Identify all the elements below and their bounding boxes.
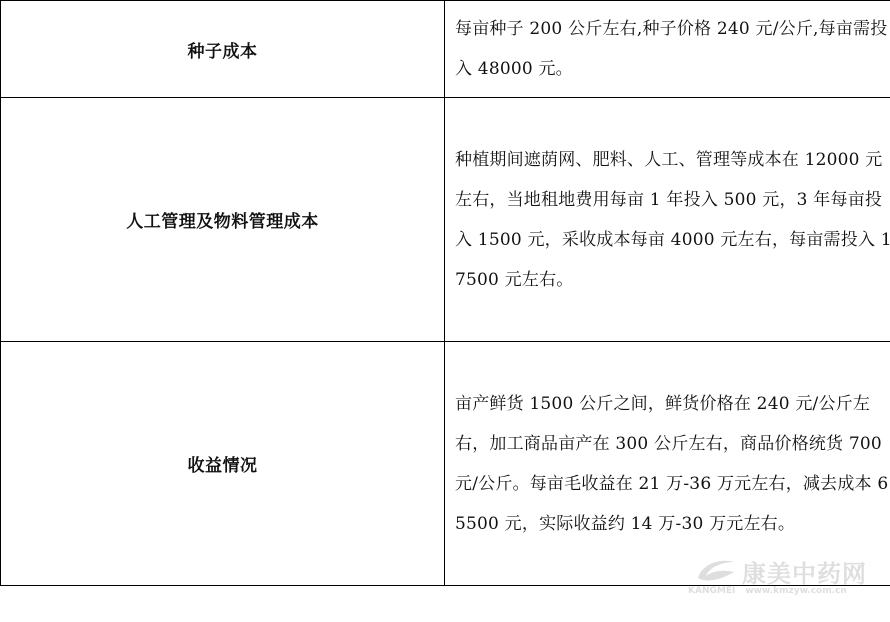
- table-row-revenue: 收益情况 亩产鲜货 1500 公斤之间，鲜货价格在 240 元/公斤左右，加工商…: [1, 342, 890, 586]
- cost-revenue-table: 种子成本 每亩种子 200 公斤左右,种子价格 240 元/公斤,每亩需投入 4…: [0, 0, 890, 586]
- watermark-brand-en: KANGMEI: [688, 586, 735, 596]
- row-label-revenue: 收益情况: [1, 342, 445, 586]
- watermark-footer: KANGMEIwww.kmzyw.com.cn: [688, 586, 847, 596]
- table-row-labor-material-cost: 人工管理及物料管理成本 种植期间遮荫网、肥料、人工、管理等成本在 12000 元…: [1, 98, 890, 342]
- watermark-url: www.kmzyw.com.cn: [745, 586, 846, 596]
- row-value-seed-cost: 每亩种子 200 公斤左右,种子价格 240 元/公斤,每亩需投入 48000 …: [445, 1, 890, 98]
- row-label-seed-cost: 种子成本: [1, 1, 445, 98]
- table-row-seed-cost: 种子成本 每亩种子 200 公斤左右,种子价格 240 元/公斤,每亩需投入 4…: [1, 1, 890, 98]
- row-label-labor-material-cost: 人工管理及物料管理成本: [1, 98, 445, 342]
- row-value-revenue: 亩产鲜货 1500 公斤之间，鲜货价格在 240 元/公斤左右，加工商品亩产在 …: [445, 342, 890, 586]
- row-value-labor-material-cost: 种植期间遮荫网、肥料、人工、管理等成本在 12000 元左右，当地租地费用每亩 …: [445, 98, 890, 342]
